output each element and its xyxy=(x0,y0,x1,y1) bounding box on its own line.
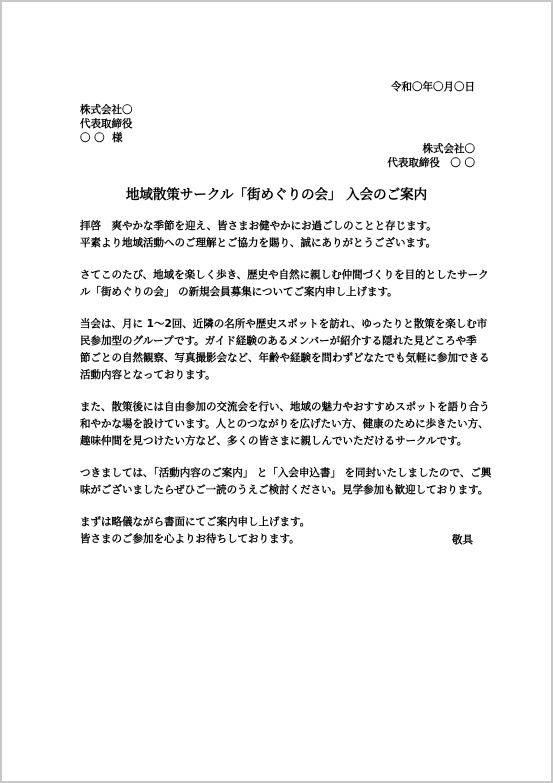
letter-title: 地域散策サークル「街めぐりの会」 入会のご案内 xyxy=(2,186,551,204)
body-line: 味がございましたらぜひご一読のうえご検討ください。見学参加も歓迎しております。 xyxy=(80,482,480,499)
body-line: 皆さまのご参加を心よりお待ちしております。 xyxy=(80,531,480,548)
body-line: 当会は、月に 1～2回、近隣の名所や歴史スポットを訪れ、ゆったりと散策を楽しむ市 xyxy=(80,316,480,333)
sender-position-name: 代表取締役 〇 〇 xyxy=(387,156,475,170)
body-line: また、散策後には自由参加の交流会を行い、地域の魅力やおすすめスポットを語り合う xyxy=(80,399,480,416)
body-line: つきましては、「活動内容のご案内」 と「入会申込書」 を同封いたしましたので、ご… xyxy=(80,465,480,482)
body-line: 活動内容となっております。 xyxy=(80,367,480,384)
body-line: 和やかな場を設けています。人とのつながりを広げたい方、健康のために歩きたい方、 xyxy=(80,416,480,433)
recipient-company: 株式会社〇 xyxy=(80,103,133,117)
sender-block: 株式会社〇 代表取締役 〇 〇 xyxy=(387,142,475,170)
recipient-name: 〇 〇 様 xyxy=(80,131,133,145)
paragraph-intro: さてこのたび、地域を楽しく歩き、歴史や自然に親しむ仲間づくりを目的としたサーク … xyxy=(80,267,480,301)
closing-salutation: 敬具 xyxy=(452,533,473,547)
document-page: 令和〇年〇月〇日 株式会社〇 代表取締役 〇 〇 様 株式会社〇 代表取締役 〇… xyxy=(0,0,553,783)
paragraph-closing-remarks: まずは略儀ながら書面にてご案内申し上げます。 皆さまのご参加を心よりお待ちしてお… xyxy=(80,514,480,548)
body-line: 趣味仲間を見つけたい方など、多くの皆さまに親しんでいただけるサークルです。 xyxy=(80,433,480,450)
sender-company: 株式会社〇 xyxy=(387,142,475,156)
body-line: さてこのたび、地域を楽しく歩き、歴史や自然に親しむ仲間づくりを目的としたサーク xyxy=(80,267,480,284)
body-line: 節ごとの自然観察、写真撮影会など、年齢や経験を問わずどなたでも気軽に参加できる xyxy=(80,350,480,367)
paragraph-enclosure: つきましては、「活動内容のご案内」 と「入会申込書」 を同封いたしましたので、ご… xyxy=(80,465,480,499)
recipient-block: 株式会社〇 代表取締役 〇 〇 様 xyxy=(80,103,133,145)
body-line: 拝啓 爽やかな季節を迎え、皆さまお健やかにお過ごしのことと存じます。 xyxy=(80,218,480,235)
letter-body: 拝啓 爽やかな季節を迎え、皆さまお健やかにお過ごしのことと存じます。 平素より地… xyxy=(80,218,480,563)
body-line: 平素より地域活動へのご理解とご協力を賜り、誠にありがとうございます。 xyxy=(80,235,480,252)
letter-date: 令和〇年〇月〇日 xyxy=(391,80,475,94)
body-line: まずは略儀ながら書面にてご案内申し上げます。 xyxy=(80,514,480,531)
body-line: ル「街めぐりの会」 の新規会員募集についてご案内申し上げます。 xyxy=(80,284,480,301)
paragraph-social: また、散策後には自由参加の交流会を行い、地域の魅力やおすすめスポットを語り合う … xyxy=(80,399,480,450)
body-line: 民参加型のグループです。ガイド経験のあるメンバーが紹介する隠れた見どころや季 xyxy=(80,333,480,350)
recipient-position: 代表取締役 xyxy=(80,117,133,131)
paragraph-greeting: 拝啓 爽やかな季節を迎え、皆さまお健やかにお過ごしのことと存じます。 平素より地… xyxy=(80,218,480,252)
paragraph-about: 当会は、月に 1～2回、近隣の名所や歴史スポットを訪れ、ゆったりと散策を楽しむ市… xyxy=(80,316,480,384)
